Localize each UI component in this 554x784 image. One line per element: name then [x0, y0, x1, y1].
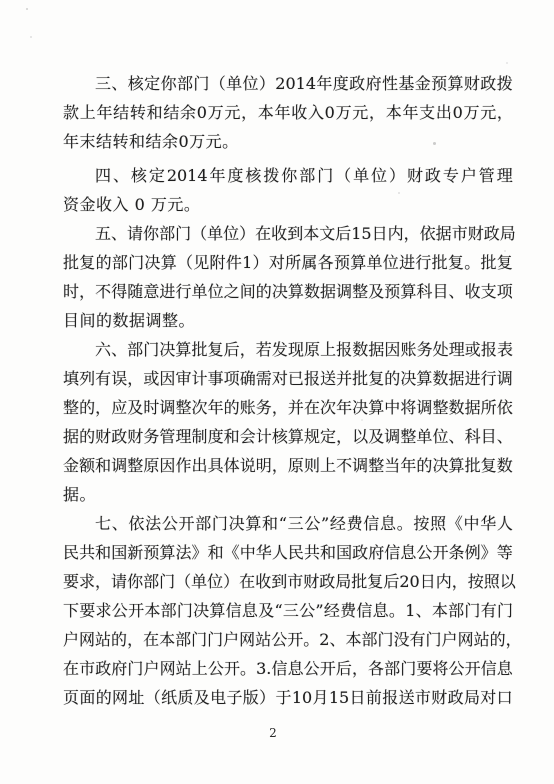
document-line: 页面的网址（纸质及电子版）于10月15日前报送市财政局对口: [63, 683, 513, 712]
scan-speck: [506, 62, 508, 64]
paragraph: 五、请你部门（单位）在收到本文后15日内，依据市财政局批复的部门决算（见附件1）…: [63, 219, 513, 335]
document-line: 填列有误，或因审计事项确需对已报送并批复的决算数据进行调: [63, 364, 513, 393]
document-line: 六、部门决算批复后，若发现原上报数据因账务处理或报表: [63, 335, 513, 364]
document-line: 四、核定2014年度核拨你部门（单位）财政专户管理: [63, 161, 513, 190]
document-line: 批复的部门决算（见附件1）对所属各预算单位进行批复。批复: [63, 248, 513, 277]
document-body: 三、核定你部门（单位）2014年度政府性基金预算财政拨款上年结转和结余0万元，本…: [63, 69, 513, 712]
document-line: 金额和调整原因作出具体说明，原则上不调整当年的决算批复数: [63, 451, 513, 480]
document-line: 户网站的，在本部门门户网站公开。2、本部门没有门户网站的，: [63, 625, 513, 654]
document-line: 要求，请你部门（单位）在收到市财政局批复后20日内，按照以: [63, 567, 513, 596]
document-line: 在市政府门户网站上公开。3.信息公开后，各部门要将公开信息: [63, 654, 513, 683]
scan-speck: [26, 8, 28, 10]
paragraph: 六、部门决算批复后，若发现原上报数据因账务处理或报表填列有误，或因审计事项确需对…: [63, 335, 513, 509]
document-line: 五、请你部门（单位）在收到本文后15日内，依据市财政局: [63, 219, 513, 248]
document-line: 整的，应及时调整次年的账务，并在次年决算中将调整数据所依: [63, 393, 513, 422]
paragraph: 七、依法公开部门决算和“三公”经费信息。按照《中华人民共和国新预算法》和《中华人…: [63, 509, 513, 712]
document-line: 年末结转和结余0万元。: [63, 127, 513, 156]
document-line: 款上年结转和结余0万元，本年收入0万元，本年支出0万元，: [63, 98, 513, 127]
document-line: 下要求公开本部门决算信息及“三公”经费信息。1、本部门有门: [63, 596, 513, 625]
scanned-document-page: 三、核定你部门（单位）2014年度政府性基金预算财政拨款上年结转和结余0万元，本…: [0, 0, 554, 784]
document-line: 七、依法公开部门决算和“三公”经费信息。按照《中华人: [63, 509, 513, 538]
paragraph: 三、核定你部门（单位）2014年度政府性基金预算财政拨款上年结转和结余0万元，本…: [63, 69, 513, 156]
scan-speck: [433, 142, 436, 145]
page-number: 2: [263, 724, 283, 742]
document-line: 据。: [63, 480, 513, 509]
document-line: 据的财政财务管理制度和会计核算规定，以及调整单位、科目、: [63, 422, 513, 451]
scan-speck: [398, 192, 400, 194]
scan-speck: [504, 250, 506, 252]
document-line: 资金收入 0 万元。: [63, 190, 513, 219]
scan-speck: [96, 293, 98, 295]
document-line: 民共和国新预算法》和《中华人民共和国政府信息公开条例》等: [63, 538, 513, 567]
scan-speck: [30, 36, 32, 38]
document-line: 时，不得随意进行单位之间的决算数据调整及预算科目、收支项: [63, 277, 513, 306]
document-line: 三、核定你部门（单位）2014年度政府性基金预算财政拨: [63, 69, 513, 98]
paragraph: 四、核定2014年度核拨你部门（单位）财政专户管理资金收入 0 万元。: [63, 161, 513, 219]
scan-speck: [361, 419, 363, 421]
document-line: 目间的数据调整。: [63, 306, 513, 335]
